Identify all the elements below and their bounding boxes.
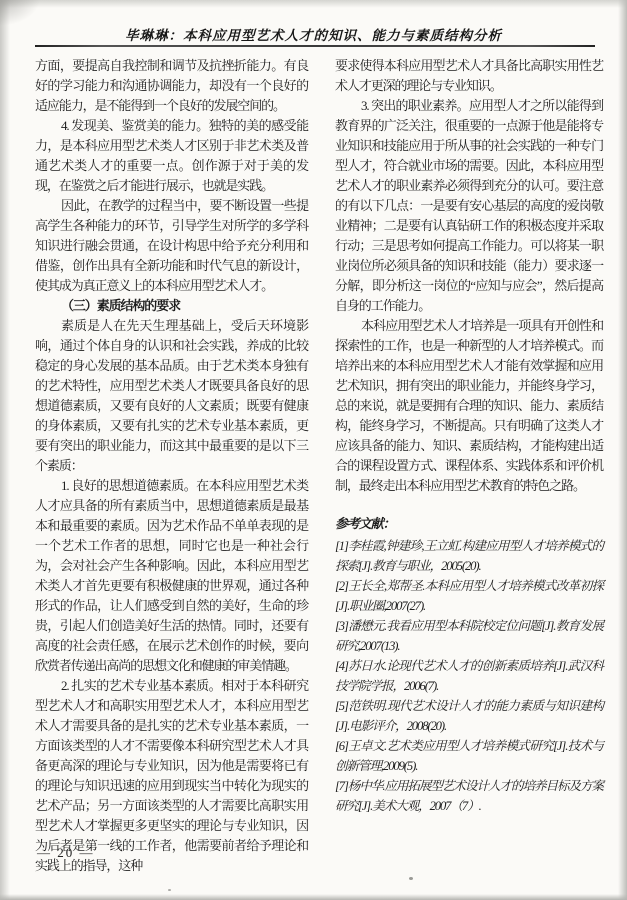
reference-item: [1]李桂霞,钟建珍,王立虹.构建应用型人才培养模式的探索[J].教育与职业，2… bbox=[335, 536, 603, 576]
page-number: — 20 — bbox=[37, 845, 95, 861]
paragraph: （三）素质结构的要求 bbox=[35, 296, 308, 316]
references-list: [1]李桂霞,钟建珍,王立虹.构建应用型人才培养模式的探索[J].教育与职业，2… bbox=[335, 536, 603, 816]
reference-item: [5]范铁明.现代艺术设计人才的能力素质与知识建构[J].电影评介，2008(2… bbox=[335, 696, 603, 736]
paragraph: 方面，要提高自我控制和调节及抗挫折能力。有良好的学习能力和沟通协调能力，却没有一… bbox=[35, 56, 308, 116]
references-heading: 参考文献： bbox=[335, 514, 603, 534]
header-rule bbox=[35, 45, 595, 47]
reference-item: [2]王长全,郑帮圣.本科应用型人才培养模式改革初探[J].职业圈,2007(2… bbox=[335, 576, 603, 616]
scanned-paper-page: 毕琳琳：本科应用型艺术人才的知识、能力与素质结构分析 方面，要提高自我控制和调节… bbox=[0, 0, 627, 900]
paragraph: 本科应用型艺术人才培养是一项具有开创性和探索性的工作，也是一种新型的人才培养模式… bbox=[335, 316, 603, 496]
reference-item: [3]潘懋元.我看应用型本科院校定位问题[J].教育发展研究,2007(13). bbox=[335, 616, 603, 656]
scan-speck bbox=[168, 889, 171, 891]
running-header-title: 毕琳琳：本科应用型艺术人才的知识、能力与素质结构分析 bbox=[0, 24, 627, 44]
paragraph: 要求使得本科应用型艺术人才具备比高职实用性艺术人才更深的理论与专业知识。 bbox=[335, 56, 603, 96]
left-column: 方面，要提高自我控制和调节及抗挫折能力。有良好的学习能力和沟通协调能力，却没有一… bbox=[35, 56, 308, 876]
paragraph: 因此，在教学的过程当中，要不断设置一些提高学生各种能力的环节，引导学生对所学的多… bbox=[35, 196, 308, 296]
scan-edge-left bbox=[0, 0, 10, 900]
scan-edge-bottom bbox=[0, 894, 627, 900]
paragraph: 1. 良好的思想道德素质。在本科应用型艺术类人才应具备的所有素质当中，思想道德素… bbox=[35, 476, 308, 676]
scan-corner-smudge bbox=[0, 0, 40, 26]
scan-edge-right bbox=[618, 0, 627, 900]
reference-item: [7]杨中华.应用拓展型艺术设计人才的培养目标及方案研究[J].美术大观，200… bbox=[335, 776, 603, 816]
scan-edge-top bbox=[0, 0, 627, 8]
paragraph: 3. 突出的职业素养。应用型人才之所以能得到教育界的广泛关注，很重要的一点源于他… bbox=[335, 96, 603, 316]
paragraph: 4. 发现美、鉴赏美的能力。独特的美的感受能力，是本科应用型艺术类人才区别于非艺… bbox=[35, 116, 308, 196]
paragraph: 素质是人在先天生理基础上，受后天环境影响，通过个体自身的认识和社会实践，养成的比… bbox=[35, 316, 308, 476]
right-column: 要求使得本科应用型艺术人才具备比高职实用性艺术人才更深的理论与专业知识。 3. … bbox=[335, 56, 603, 816]
scan-speck bbox=[409, 877, 413, 880]
right-column-body: 要求使得本科应用型艺术人才具备比高职实用性艺术人才更深的理论与专业知识。 3. … bbox=[335, 56, 603, 496]
references-section: 参考文献： [1]李桂霞,钟建珍,王立虹.构建应用型人才培养模式的探索[J].教… bbox=[335, 514, 603, 816]
reference-item: [4]苏日水.论现代艺术人才的创新素质培养[J].武汉科技学院学报，2006(7… bbox=[335, 656, 603, 696]
reference-item: [6]王卓文.艺术类应用型人才培养模式研究[J].技术与创新管理,2009(5)… bbox=[335, 736, 603, 776]
